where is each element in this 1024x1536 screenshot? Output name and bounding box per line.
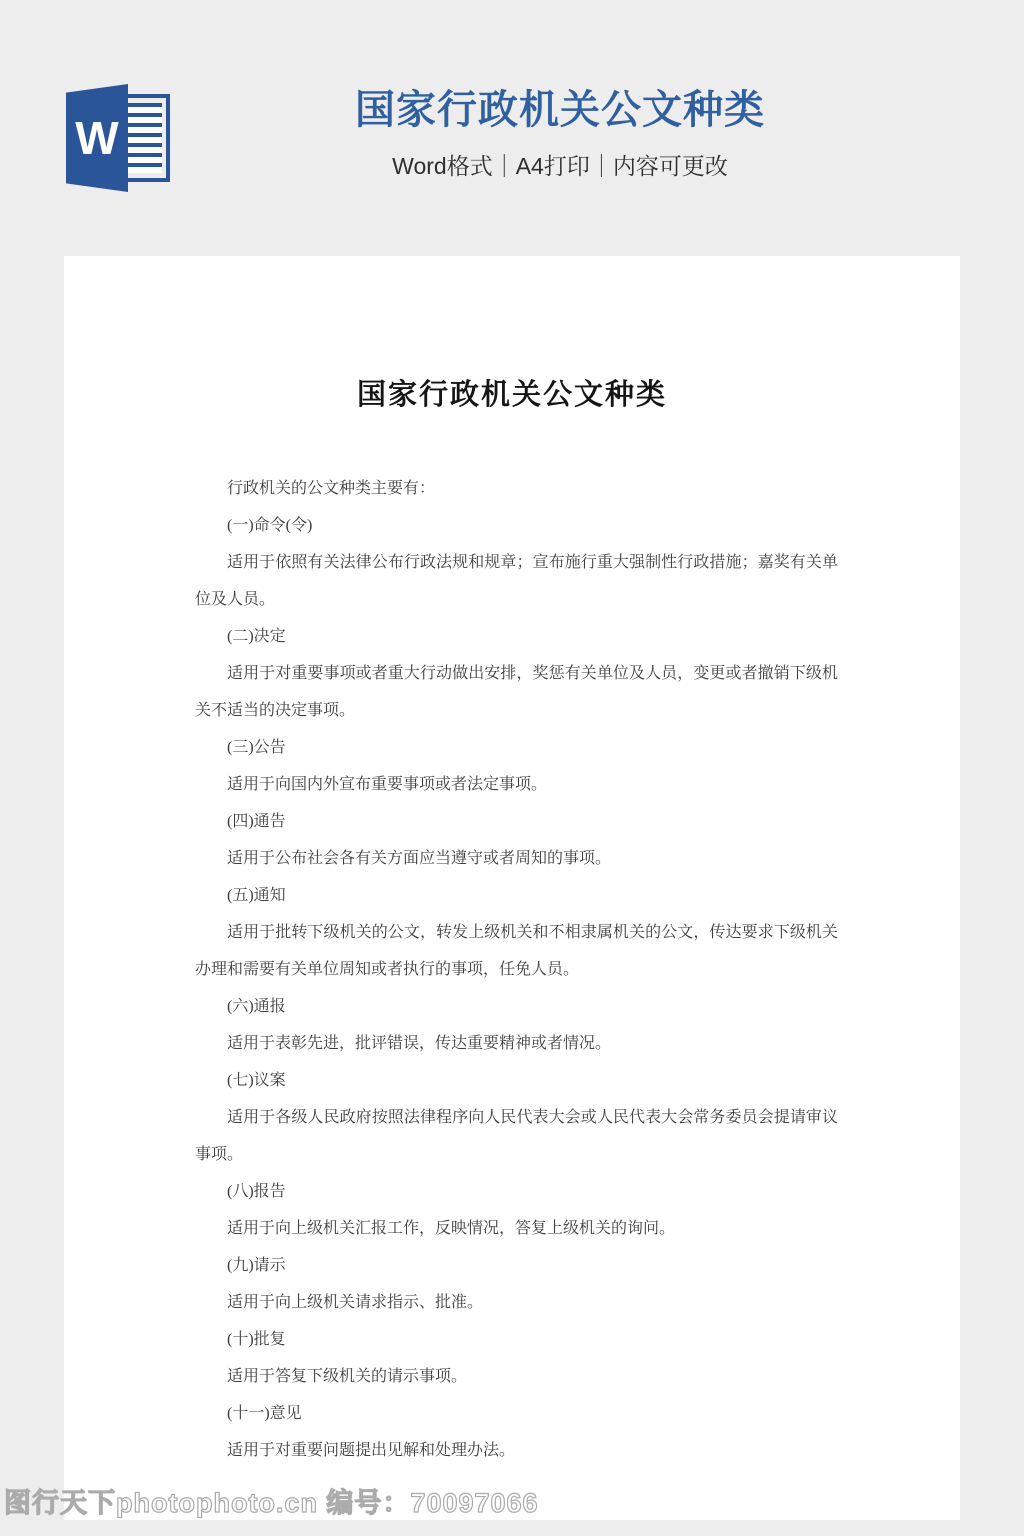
doc-paragraph: (六)通报 [195, 988, 838, 1025]
header: W 国家行政机关公文种类 Word格式｜A4打印｜内容可更改 [0, 0, 1024, 256]
doc-paragraph: (五)通知 [195, 877, 838, 914]
word-logo-panel: W [66, 84, 128, 192]
doc-paragraph: (八)报告 [195, 1173, 838, 1210]
watermark-text: 图行天下photophoto.cn 编号：70097066 [4, 1481, 539, 1520]
doc-paragraph: 适用于对重要问题提出见解和处理办法。 [195, 1432, 838, 1469]
doc-paragraph: 适用于公布社会各有关方面应当遵守或者周知的事项。 [195, 840, 838, 877]
doc-paragraph: (十一)意见 [195, 1395, 838, 1432]
word-logo-icon: W [66, 84, 170, 192]
doc-paragraph: 适用于对重要事项或者重大行动做出安排，奖惩有关单位及人员，变更或者撤销下级机关不… [195, 655, 838, 729]
doc-paragraph: (二)决定 [195, 618, 838, 655]
header-title: 国家行政机关公文种类 [340, 88, 780, 132]
doc-paragraph: (七)议案 [195, 1062, 838, 1099]
doc-paragraph: 适用于向国内外宣布重要事项或者法定事项。 [195, 766, 838, 803]
document-title: 国家行政机关公文种类 [64, 256, 960, 416]
doc-paragraph: 适用于表彰先进，批评错误，传达重要精神或者情况。 [195, 1025, 838, 1062]
doc-paragraph: (十)批复 [195, 1321, 838, 1358]
doc-paragraph: 适用于答复下级机关的请示事项。 [195, 1358, 838, 1395]
header-subtitle: Word格式｜A4打印｜内容可更改 [340, 148, 780, 181]
doc-paragraph: 适用于各级人民政府按照法律程序向人民代表大会或人民代表大会常务委员会提请审议事项… [195, 1099, 838, 1173]
doc-paragraph: (四)通告 [195, 803, 838, 840]
doc-paragraph: (三)公告 [195, 729, 838, 766]
document-body: 行政机关的公文种类主要有：(一)命令(令)适用于依照有关法律公布行政法规和规章；… [195, 470, 838, 1469]
doc-paragraph: 适用于向上级机关汇报工作，反映情况，答复上级机关的询问。 [195, 1210, 838, 1247]
doc-paragraph: 行政机关的公文种类主要有： [195, 470, 838, 507]
doc-paragraph: (一)命令(令) [195, 507, 838, 544]
doc-paragraph: 适用于批转下级机关的公文，转发上级机关和不相隶属机关的公文，传达要求下级机关办理… [195, 914, 838, 988]
word-logo-letter: W [75, 115, 118, 161]
header-text: 国家行政机关公文种类 Word格式｜A4打印｜内容可更改 [340, 88, 780, 181]
doc-paragraph: 适用于依照有关法律公布行政法规和规章；宣布施行重大强制性行政措施；嘉奖有关单位及… [195, 544, 838, 618]
doc-paragraph: (九)请示 [195, 1247, 838, 1284]
doc-paragraph: 适用于向上级机关请求指示、批准。 [195, 1284, 838, 1321]
document-page: 国家行政机关公文种类 行政机关的公文种类主要有：(一)命令(令)适用于依照有关法… [64, 256, 960, 1520]
template-preview: W 国家行政机关公文种类 Word格式｜A4打印｜内容可更改 国家行政机关公文种… [0, 0, 1024, 1536]
